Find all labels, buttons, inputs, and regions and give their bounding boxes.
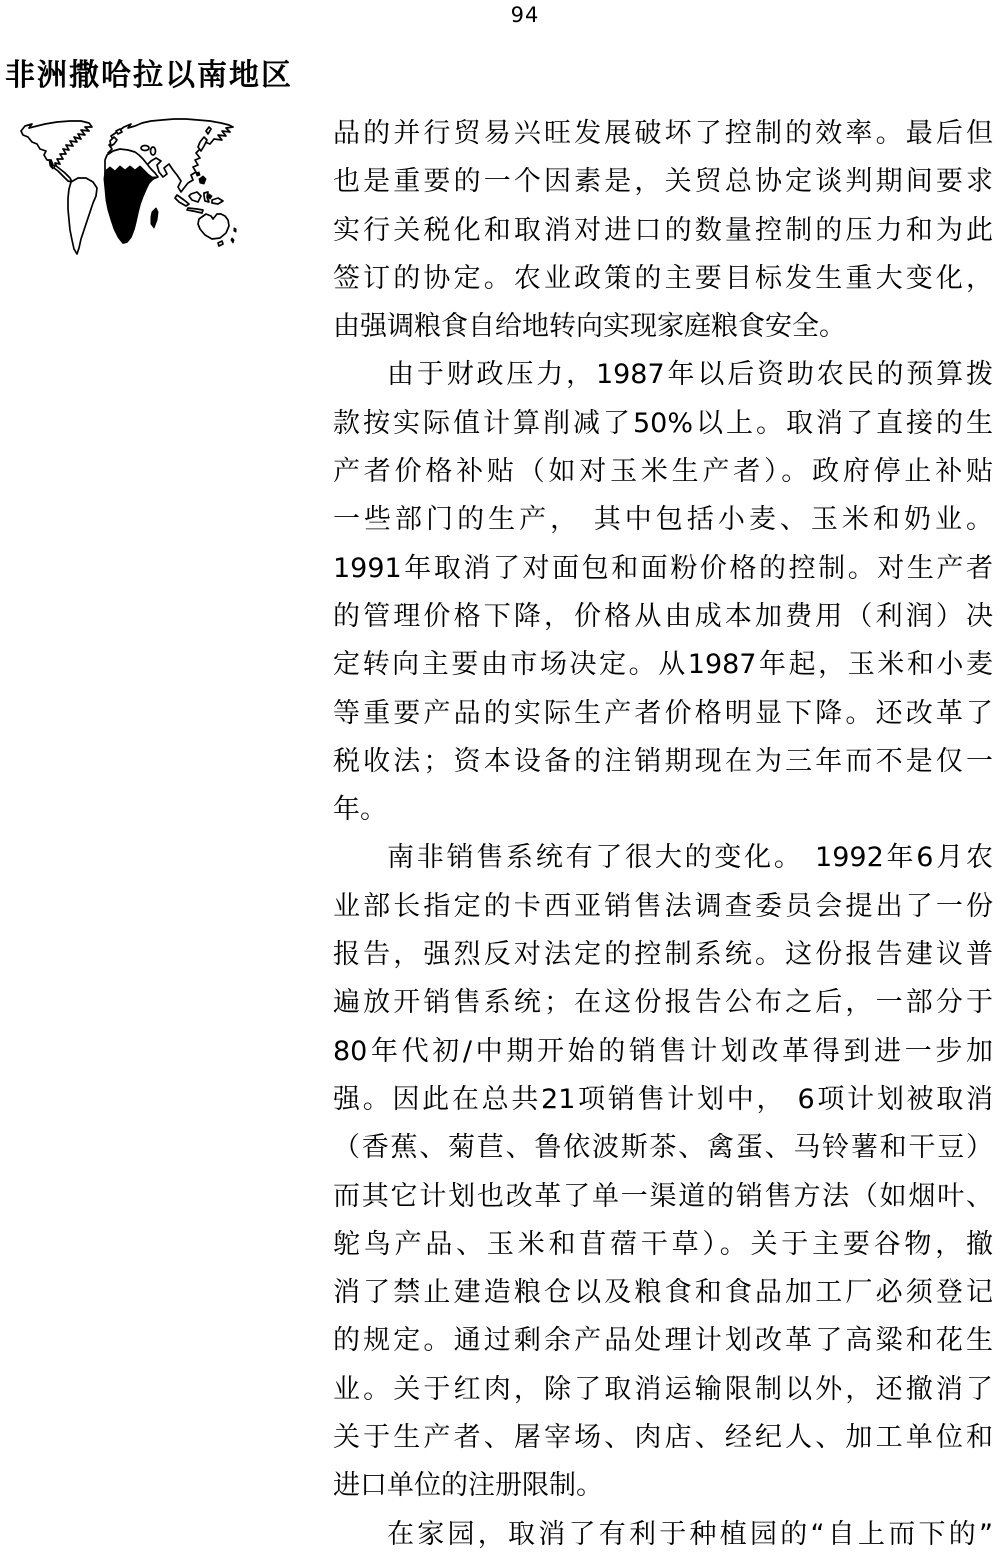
- text-line: 等重要产品的实际生产者价格明显下降。还改革了: [333, 690, 993, 738]
- tasmania-outline: [218, 241, 223, 246]
- text-line: 产者价格补贴（如对玉米生产者）。政府停止补贴: [333, 448, 993, 496]
- text-line: 的管理价格下降，价格从由成本加费用（利润）决: [333, 593, 993, 641]
- text-line: （香蕉、菊苣、鲁依波斯茶、禽蛋、马铃薯和干豆）: [333, 1124, 993, 1172]
- black-sea-outline: [141, 146, 149, 151]
- body-text: 品的并行贸易兴旺发展破坏了控制的效率。最后但也是重要的一个因素是，关贸总协定谈判…: [333, 110, 993, 1554]
- new-guinea-outline: [212, 198, 223, 204]
- madagascar-highlight: [151, 208, 158, 228]
- sumatra-outline: [175, 195, 189, 206]
- text-line: 1991年取消了对面包和面粉价格的控制。对生产者: [333, 545, 993, 593]
- text-line: 品的并行贸易兴旺发展破坏了控制的效率。最后但: [333, 110, 993, 158]
- south-america-outline: [68, 178, 97, 254]
- text-line: 年。: [333, 786, 993, 834]
- text-line: 进口单位的注册限制。: [333, 1462, 993, 1510]
- text-line: 强。因此在总共21项销售计划中， 6项计划被取消: [333, 1076, 993, 1124]
- world-map-svg: [15, 115, 255, 270]
- text-line: 业部长指定的卡西亚销售法调查委员会提出了一份: [333, 883, 993, 931]
- document-page: 94 非洲撒哈拉以南地区: [0, 0, 1000, 1554]
- text-line: 一些部门的生产， 其中包括小麦、玉米和奶业。: [333, 496, 993, 544]
- text-line: 在家园，取消了有利于种植园的“自上而下的”: [333, 1511, 993, 1554]
- text-line: 款按实际值计算削减了50%以上。取消了直接的生: [333, 400, 993, 448]
- text-line: 业。关于红肉，除了取消运输限制以外，还撤消了: [333, 1366, 993, 1414]
- text-line: 也是重要的一个因素是，关贸总协定谈判期间要求: [333, 158, 993, 206]
- text-line: 定转向主要由市场决定。从1987年起，玉米和小麦: [333, 641, 993, 689]
- text-line: 遍放开销售系统；在这份报告公布之后，一部分于: [333, 979, 993, 1027]
- section-heading: 非洲撒哈拉以南地区: [5, 50, 293, 94]
- world-map-graphic: [15, 115, 255, 270]
- borneo-outline: [189, 192, 201, 202]
- page-number: 94: [480, 3, 570, 27]
- text-line: 而其它计划也改革了单一渠道的销售方法（如烟叶、: [333, 1173, 993, 1221]
- north-america-outline: [21, 121, 92, 168]
- taiwan-island: [196, 172, 200, 176]
- australia-outline: [198, 214, 229, 239]
- new-zealand-south-mark: [231, 238, 234, 243]
- sub-saharan-africa-highlight: [104, 166, 156, 242]
- text-line: 由强调粮食自给地转向实现家庭粮食安全。: [333, 303, 993, 351]
- text-line: 的规定。通过剩余产品处理计划改革了高粱和花生: [333, 1317, 993, 1365]
- text-line: 南非销售系统有了很大的变化。 1992年6月农: [333, 834, 993, 882]
- java-outline: [187, 208, 203, 213]
- text-line: 由于财政压力，1987年以后资助农民的预算拨: [333, 351, 993, 399]
- iceland-outline: [116, 129, 122, 134]
- text-line: 税收法；资本设备的注销期现在为三年而不是仅一: [333, 738, 993, 786]
- text-line: 80年代初/中期开始的销售计划改革得到进一步加: [333, 1028, 993, 1076]
- moluccas-island: [208, 194, 212, 199]
- text-line: 消了禁止建造粮仓以及粮食和食品加工厂必须登记: [333, 1269, 993, 1317]
- philippines-island: [199, 176, 206, 184]
- text-line: 签订的协定。农业政策的主要目标发生重大变化，: [333, 255, 993, 303]
- text-line: 报告，强烈反对法定的控制系统。这份报告建议普: [333, 931, 993, 979]
- central-america-outline: [54, 165, 72, 182]
- text-line: 鸵鸟产品、玉米和苜蓿干草）。关于主要谷物，撤: [333, 1221, 993, 1269]
- caspian-sea-outline: [151, 147, 156, 155]
- text-line: 实行关税化和取消对进口的数量控制的压力和为此: [333, 207, 993, 255]
- text-line: 关于生产者、屠宰场、肉店、经纪人、加工单位和: [333, 1414, 993, 1462]
- new-zealand-north-mark: [234, 228, 236, 232]
